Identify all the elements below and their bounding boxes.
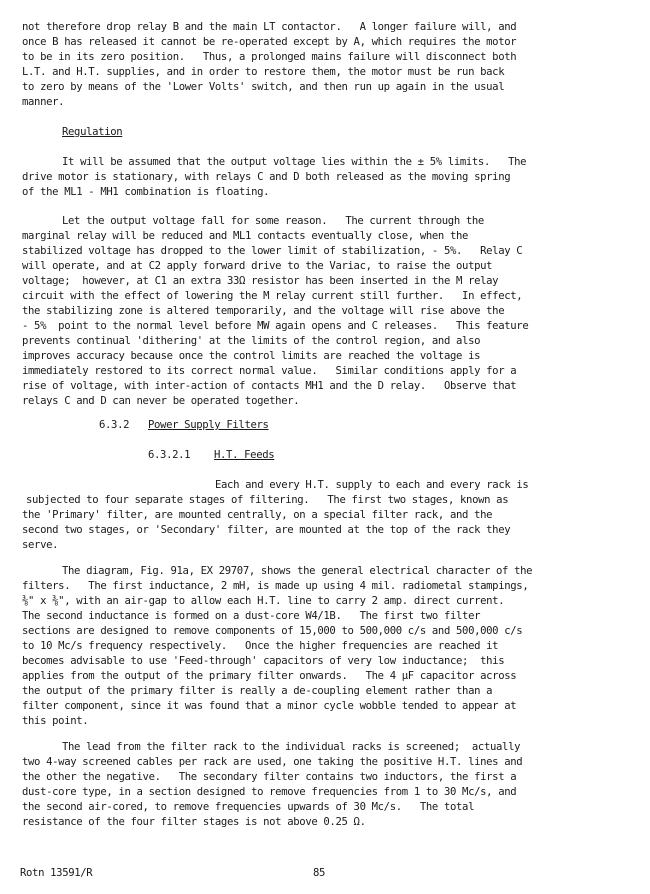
text-line: sections are designed to remove componen…	[22, 624, 522, 639]
section-number: 6.3.2	[99, 418, 129, 433]
text-line: to 10 Mc/s frequency respectively. Once …	[22, 639, 498, 654]
section-title: H.T. Feeds	[214, 448, 274, 463]
text-line: relays C and D can never be operated tog…	[22, 394, 299, 409]
text-line: resistance of the four filter stages is …	[22, 815, 366, 830]
heading-regulation: Regulation	[62, 125, 122, 140]
text-line: this point.	[22, 714, 88, 729]
text-line: - 5% point to the normal level before MW…	[22, 319, 528, 334]
text-line: serve.	[22, 538, 58, 553]
text-line: to be in its zero position. Thus, a prol…	[22, 50, 516, 65]
text-line: The diagram, Fig. 91a, EX 29707, shows t…	[62, 564, 532, 579]
text-line: Let the output voltage fall for some rea…	[62, 214, 484, 229]
text-line: applies from the output of the primary f…	[22, 669, 516, 684]
text-line: drive motor is stationary, with relays C…	[22, 170, 510, 185]
text-line: prevents continual 'dithering' at the li…	[22, 334, 480, 349]
text-line: voltage; however, at C1 an extra 33Ω res…	[22, 274, 498, 289]
text-line: ⅜" x ⅜", with an air-gap to allow each H…	[22, 594, 504, 609]
text-line: the other the negative. The secondary fi…	[22, 770, 516, 785]
text-line: marginal relay will be reduced and ML1 c…	[22, 229, 468, 244]
text-line: stabilized voltage has dropped to the lo…	[22, 244, 522, 259]
text-line: dust-core type, in a section designed to…	[22, 785, 516, 800]
document-reference: Rotn 13591/R	[20, 866, 92, 881]
text-line: Each and every H.T. supply to each and e…	[215, 478, 528, 493]
text-line: the stabilizing zone is altered temporar…	[22, 304, 504, 319]
text-line: The second inductance is formed on a dus…	[22, 609, 480, 624]
text-line: the output of the primary filter is real…	[22, 684, 492, 699]
text-line: manner.	[22, 95, 64, 110]
text-line: filter component, since it was found tha…	[22, 699, 516, 714]
text-line: to zero by means of the 'Lower Volts' sw…	[22, 80, 504, 95]
text-line: not therefore drop relay B and the main …	[22, 20, 516, 35]
text-line: rise of voltage, with inter-action of co…	[22, 379, 516, 394]
text-line: improves accuracy because once the contr…	[22, 349, 480, 364]
page-number: 85	[313, 866, 325, 881]
text-line: subjected to four separate stages of fil…	[26, 493, 508, 508]
text-line: becomes advisable to use 'Feed-through' …	[22, 654, 504, 669]
text-line: L.T. and H.T. supplies, and in order to …	[22, 65, 504, 80]
text-line: of the ML1 - MH1 combination is floating…	[22, 185, 269, 200]
text-line: circuit with the effect of lowering the …	[22, 289, 522, 304]
text-line: filters. The first inductance, 2 mH, is …	[22, 579, 528, 594]
section-title: Power Supply Filters	[148, 418, 269, 433]
text-line: will operate, and at C2 apply forward dr…	[22, 259, 492, 274]
text-line: second two stages, or 'Secondary' filter…	[22, 523, 510, 538]
section-number: 6.3.2.1	[148, 448, 190, 463]
text-line: the second air-cored, to remove frequenc…	[22, 800, 474, 815]
document-page: not therefore drop relay B and the main …	[0, 0, 650, 894]
text-line: the 'Primary' filter, are mounted centra…	[22, 508, 492, 523]
text-line: once B has released it cannot be re-oper…	[22, 35, 516, 50]
text-line: two 4-way screened cables per rack are u…	[22, 755, 522, 770]
text-line: The lead from the filter rack to the ind…	[62, 740, 520, 755]
text-line: It will be assumed that the output volta…	[62, 155, 526, 170]
text-line: immediately restored to its correct norm…	[22, 364, 516, 379]
